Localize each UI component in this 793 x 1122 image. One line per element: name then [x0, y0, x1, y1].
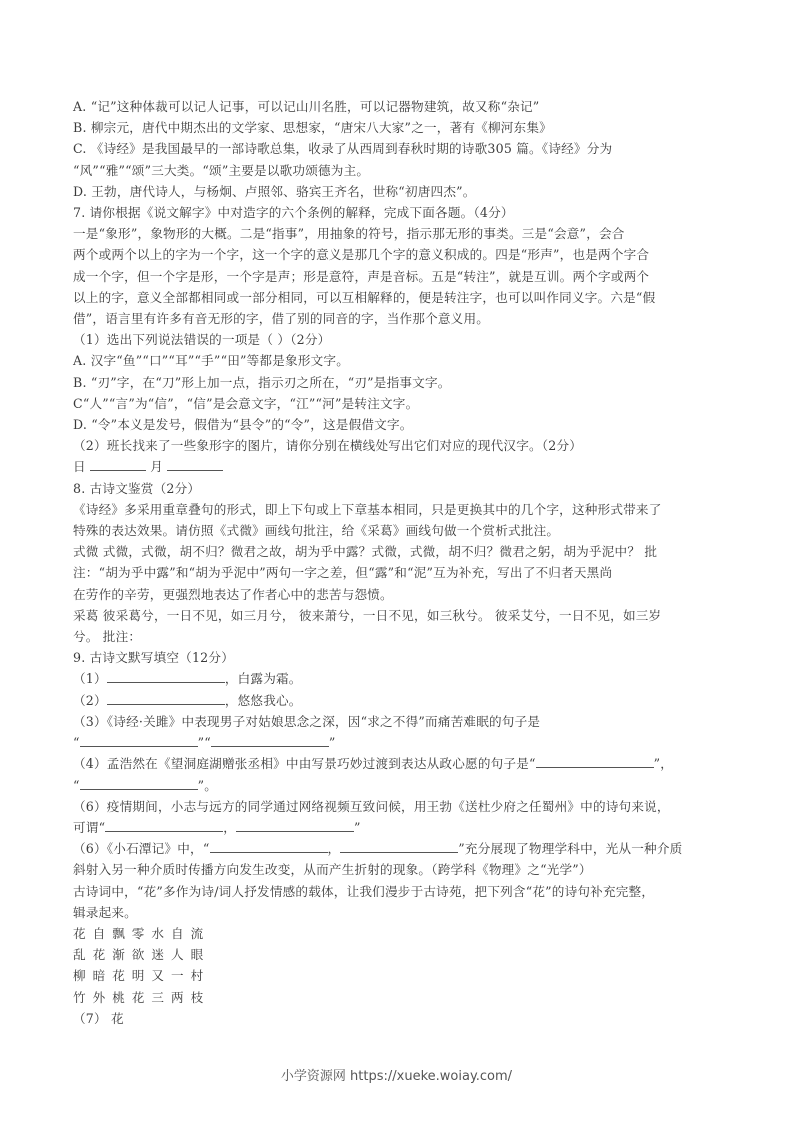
label-yue: 月 [150, 459, 163, 474]
q7-passage-4: 以上的字，意义全部都相同或一部分相同，可以互相解释的，便是转注字，也可以叫作同义… [73, 287, 733, 308]
q9-s7: （7） 花 [73, 1008, 733, 1029]
answer-blank-2[interactable] [167, 458, 223, 471]
q9-s2: （2），悠悠我心。 [73, 690, 733, 711]
s6b-prefix: （6）《小石潭记》中，“ [73, 841, 210, 856]
s3-blank-1[interactable] [80, 734, 198, 747]
q9-s6b-l2: 斜射入另一种介质时传播方向发生改变，从而产生折射的现象。（跨学科《物理》之“光学… [73, 859, 733, 880]
q8-line-3: 式微 式微，式微，胡不归？微君之故，胡为乎中露？式微，式微，胡不归？微君之躬，胡… [73, 541, 733, 562]
q8-line-1: 《诗经》多采用重章叠句的形式，即上下句或上下章基本相同，只是更换其中的几个字，这… [73, 499, 733, 520]
q9-s6b: （6）《小石潭记》中，“，”充分展现了物理学科中，光从一种介质 [73, 838, 733, 859]
s4-text: （4）孟浩然在《望洞庭湖赠张丞相》中由写景巧妙过渡到表达从政心愿的句子是“ [73, 756, 536, 771]
s6a-prefix: 可谓“ [73, 820, 105, 835]
q9-s6a-l1: （6）疫情期间，小志与远方的同学通过网络视频互致问候，用王勃《送杜少府之任蜀州》… [73, 796, 733, 817]
q7-sub2: （2）班长找来了一些象形字的图片，请你分别在横线处写出它们对应的现代汉字。（2分… [73, 435, 733, 456]
q8-line-7: 兮。 批注： [73, 626, 733, 647]
q8-line-6: 采葛 彼采葛兮，一日不见，如三月兮， 彼来萧兮，一日不见，如三秋兮。 彼采艾兮，… [73, 605, 733, 626]
option-c: C. 《诗经》是我国最早的一部诗歌总集，收录了从西周到春秋时期的诗歌305 篇。… [73, 138, 733, 159]
q9-s3: （3）《诗经·关雎》中表现男子对姑娘思念之深，因“求之不得”而痛苦难眠的句子是 [73, 711, 733, 732]
flower-grid-row-1: 花自飘零水自流 [73, 923, 733, 944]
option-b: B. 柳宗元，唐代中期杰出的文学家、思想家，“唐宋八大家”之一，著有《柳河东集》 [73, 117, 733, 138]
s6b-blank-2[interactable] [340, 840, 458, 853]
exam-page: A. “记”这种体裁可以记人记事，可以记山川名胜，可以记器物建筑，故又称“杂记”… [73, 96, 733, 1029]
q9-s4: （4）孟浩然在《望洞庭湖赠张丞相》中由写景巧妙过渡到表达从政心愿的句子是“”， [73, 753, 733, 774]
q9-s4-line2: “”。 [73, 775, 733, 796]
s4-end: ”， [654, 756, 673, 771]
label-ri: 日 [73, 459, 86, 474]
q7-passage-1: 一是“象形”，象物形的大概。二是“指事”，用抽象的符号，指示那无形的事类。三是“… [73, 223, 733, 244]
s1-prefix: （1） [73, 671, 107, 686]
flower-grid-row-3: 柳暗花明又一村 [73, 965, 733, 986]
q7-sub1-a: A. 汉字“鱼”“口”“耳”“手”“田”等都是象形文字。 [73, 350, 733, 371]
q8-line-5: 在劳作的辛劳，更强烈地表达了作者心中的悲苦与怨愤。 [73, 584, 733, 605]
flower-grid-row-4: 竹外桃花三两枝 [73, 987, 733, 1008]
q7-sub1-d: D. “令”本义是发号，假借为“县令”的“令”，这是假借文字。 [73, 414, 733, 435]
option-a: A. “记”这种体裁可以记人记事，可以记山川名胜，可以记器物建筑，故又称“杂记” [73, 96, 733, 117]
option-d: D. 王勃，唐代诗人，与杨炯、卢照邻、骆宾王齐名，世称“初唐四杰”。 [73, 181, 733, 202]
option-c-cont: “风”“雅”“颂”三大类。“颂”主要是以歌功颂德为主。 [73, 160, 733, 181]
s6a-blank-2[interactable] [236, 819, 354, 832]
q8-line-4: 注：“胡为乎中露”和“胡为乎泥中”两句一字之差，但“露”和“泥”互为补充，写出了… [73, 562, 733, 583]
s4-line2-end: ”。 [198, 778, 217, 793]
q7-passage-2: 两个或两个以上的字为一个字，这一个字的意义是那几个字的意义积成的。四是“形声”，… [73, 244, 733, 265]
s6b-suffix: ”充分展现了物理学科中，光从一种介质 [458, 841, 682, 856]
s3-blank-2[interactable] [211, 734, 329, 747]
q8-line-2: 特殊的表达效果。请仿照《式微》画线句批注，给《采葛》画线句做一个赏析式批注。 [73, 520, 733, 541]
s1-suffix: ，白露为霜。 [225, 671, 302, 686]
q9-s1: （1），白露为霜。 [73, 668, 733, 689]
q9-s3-blanks: “”“” [73, 732, 733, 753]
s2-suffix: ，悠悠我心。 [225, 693, 302, 708]
s6b-blank-1[interactable] [210, 840, 328, 853]
s2-prefix: （2） [73, 693, 107, 708]
s4-blank-1[interactable] [536, 755, 654, 768]
answer-blank-1[interactable] [90, 458, 146, 471]
s6a-blank-1[interactable] [105, 819, 223, 832]
s2-blank[interactable] [107, 692, 225, 705]
flower-intro-1: 古诗词中，“花”多作为诗/词人抒发情感的载体，让我们漫步于古诗苑，把下列含“花”… [73, 881, 733, 902]
q9-s6a-l2: 可谓“，” [73, 817, 733, 838]
s1-blank[interactable] [107, 670, 225, 683]
q7-passage-3: 成一个字，但一个字是形，一个字是声；形是意符，声是音标。五是“转注”，就是互训。… [73, 266, 733, 287]
flower-intro-2: 辑录起来。 [73, 902, 733, 923]
s4-blank-2[interactable] [80, 777, 198, 790]
q7-sub1-c: C“人”“言”为“信”，“信”是会意文字，“江”“河”是转注文字。 [73, 393, 733, 414]
q7-sub1-b: B. “刃”字，在“刀”形上加一点，指示刃之所在，“刃”是指事文字。 [73, 372, 733, 393]
q7-sub2-answers: 日 月 [73, 456, 733, 477]
footer-watermark: 小学资源网 https://xueke.woiay.com/ [0, 1065, 793, 1084]
flower-grid-row-2: 乱花渐欲迷人眼 [73, 944, 733, 965]
q7-sub1: （1）选出下列说法错误的一项是（ ）（2分） [73, 329, 733, 350]
q7-title: 7. 请你根据《说文解字》中对造字的六个条例的解释，完成下面各题。（4分） [73, 202, 733, 223]
q8-title: 8. 古诗文鉴赏（2分） [73, 478, 733, 499]
q7-passage-5: 借”，语言里有许多有音无形的字，借了别的同音的字，当作那个意义用。 [73, 308, 733, 329]
q9-title: 9. 古诗文默写填空（12分） [73, 647, 733, 668]
